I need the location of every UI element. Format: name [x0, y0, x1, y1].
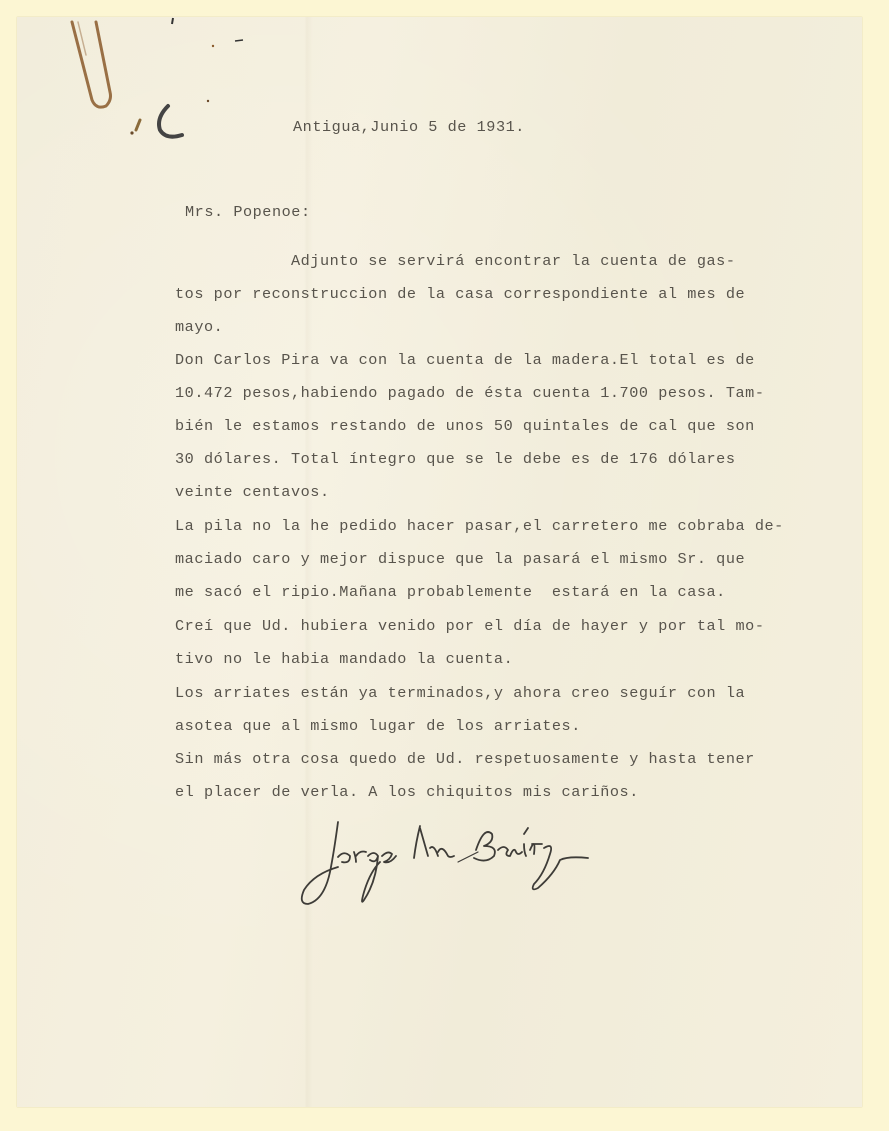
body-line: maciado caro y mejor dispuce que la pasa… — [175, 550, 745, 568]
body-line: tos por reconstruccion de la casa corres… — [175, 285, 745, 303]
date-line: Antigua,Junio 5 de 1931. — [293, 118, 525, 136]
body-line: mayo. — [175, 318, 223, 336]
body-line: me sacó el ripio.Mañana probablemente es… — [175, 583, 726, 601]
salutation: Mrs. Popenoe: — [185, 203, 311, 221]
paperclip-stain-icon — [72, 22, 111, 107]
body-line: asotea que al mismo lugar de los arriate… — [175, 717, 581, 735]
body-line: veinte centavos. — [175, 483, 330, 501]
body-line: el placer de verla. A los chiquitos mis … — [175, 783, 639, 801]
body-line: Los arriates están ya terminados,y ahora… — [175, 684, 745, 702]
body-line: Sin más otra cosa quedo de Ud. respetuos… — [175, 750, 755, 768]
signature: Jorge M. Benítez — [298, 812, 608, 912]
body-line: tivo no le habia mandado la cuenta. — [175, 650, 513, 668]
body-line: bién le estamos restando de unos 50 quin… — [175, 417, 755, 435]
body-line: La pila no la he pedido hacer pasar,el c… — [175, 517, 784, 535]
pencil-mark-1c-icon — [130, 18, 243, 137]
body-line: Adjunto se servirá encontrar la cuenta d… — [175, 252, 736, 270]
body-line: 30 dólares. Total íntegro que se le debe… — [175, 450, 736, 468]
body-line: 10.472 pesos,habiendo pagado de ésta cue… — [175, 384, 765, 402]
body-line: Creí que Ud. hubiera venido por el día d… — [175, 617, 765, 635]
body-line: Don Carlos Pira va con la cuenta de la m… — [175, 351, 755, 369]
